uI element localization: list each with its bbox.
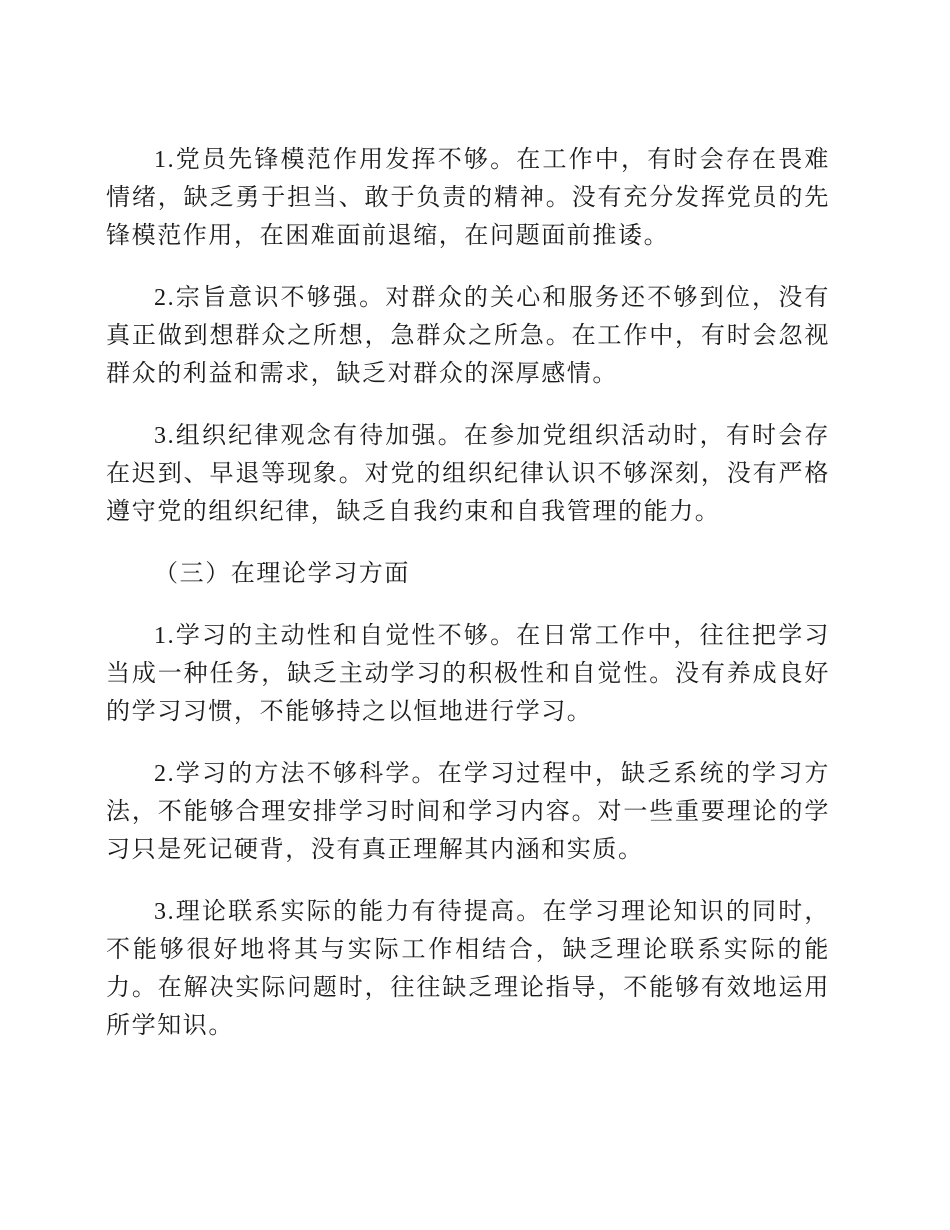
document-page: 1.党员先锋模范作用发挥不够。在工作中，有时会存在畏难情绪，缺乏勇于担当、敢于负… <box>0 0 950 1230</box>
body-paragraph: 1.学习的主动性和自觉性不够。在日常工作中，往往把学习当成一种任务，缺乏主动学习… <box>106 617 830 731</box>
body-paragraph: 1.党员先锋模范作用发挥不够。在工作中，有时会存在畏难情绪，缺乏勇于担当、敢于负… <box>106 141 830 255</box>
section-heading: （三）在理论学习方面 <box>106 555 830 593</box>
body-paragraph: 2.学习的方法不够科学。在学习过程中，缺乏系统的学习方法，不能够合理安排学习时间… <box>106 755 830 869</box>
body-paragraph: 3.组织纪律观念有待加强。在参加党组织活动时，有时会存在迟到、早退等现象。对党的… <box>106 417 830 531</box>
body-paragraph: 3.理论联系实际的能力有待提高。在学习理论知识的同时，不能够很好地将其与实际工作… <box>106 893 830 1045</box>
body-paragraph: 2.宗旨意识不够强。对群众的关心和服务还不够到位，没有真正做到想群众之所想，急群… <box>106 279 830 393</box>
document-body: 1.党员先锋模范作用发挥不够。在工作中，有时会存在畏难情绪，缺乏勇于担当、敢于负… <box>106 141 830 1045</box>
